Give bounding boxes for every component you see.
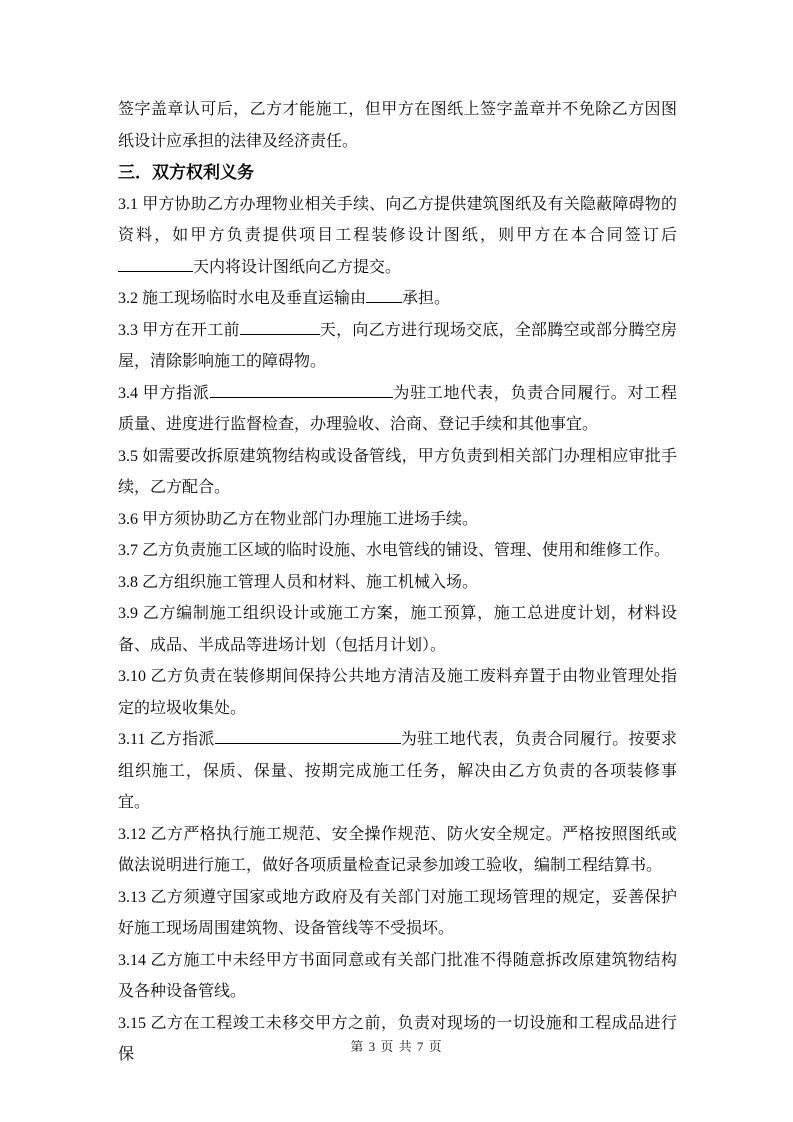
clause-3-1-text: 天内将设计图纸向乙方提交。 — [193, 259, 401, 276]
clause-3-10: 3.10 乙方负责在装修期间保持公共地方清洁及施工废料弃置于由物业管理处指定的垃… — [118, 661, 677, 724]
clause-3-1-text: 3.1 甲方协助乙方办理物业相关手续、向乙方提供建筑图纸及有关隐蔽障碍物的资料，… — [118, 196, 677, 245]
clause-3-7-text: 3.7 乙方负责施工区域的临时设施、水电管线的铺设、管理、使用和维修工作。 — [118, 542, 670, 559]
clause-3-13-text: 3.13 乙方须遵守国家或地方政府及有关部门对施工现场管理的规定，妥善保护好施工… — [118, 889, 677, 938]
clause-3-7: 3.7 乙方负责施工区域的临时设施、水电管线的铺设、管理、使用和维修工作。 — [118, 535, 677, 567]
clause-3-6: 3.6 甲方须协助乙方在物业部门办理施工进场手续。 — [118, 504, 677, 536]
clause-3-13: 3.13 乙方须遵守国家或地方政府及有关部门对施工现场管理的规定，妥善保护好施工… — [118, 882, 677, 945]
clause-3-10-text: 3.10 乙方负责在装修期间保持公共地方清洁及施工废料弃置于由物业管理处指定的垃… — [118, 668, 677, 717]
clause-3-4-blank-field — [210, 382, 393, 398]
clause-3-3: 3.3 甲方在开工前天，向乙方进行现场交底，全部腾空或部分腾空房屋，清除影响施工… — [118, 315, 677, 378]
clause-3-3-blank-field — [240, 319, 320, 335]
document-body: 签字盖章认可后，乙方才能施工，但甲方在图纸上签字盖章并不免除乙方因图纸设计应承担… — [118, 94, 677, 1071]
clause-3-14: 3.14 乙方施工中未经甲方书面同意或有关部门批准不得随意拆改原建筑物结构及各种… — [118, 945, 677, 1008]
clause-3-14-text: 3.14 乙方施工中未经甲方书面同意或有关部门批准不得随意拆改原建筑物结构及各种… — [118, 952, 677, 1001]
clause-3-9: 3.9 乙方编制施工组织设计或施工方案，施工预算，施工总进度计划，材料设备、成品… — [118, 598, 677, 661]
clause-3-6-text: 3.6 甲方须协助乙方在物业部门办理施工进场手续。 — [118, 511, 478, 528]
clause-3-1: 3.1 甲方协助乙方办理物业相关手续、向乙方提供建筑图纸及有关隐蔽障碍物的资料，… — [118, 189, 677, 284]
clause-3-2-blank-field — [366, 287, 402, 303]
contract-page: 签字盖章认可后，乙方才能施工，但甲方在图纸上签字盖章并不免除乙方因图纸设计应承担… — [0, 0, 793, 1122]
clause-3-8: 3.8 乙方组织施工管理人员和材料、施工机械入场。 — [118, 567, 677, 599]
clause-3-1-blank-field — [118, 256, 193, 272]
clause-3-4-text: 3.4 甲方指派 — [118, 385, 210, 402]
clause-3-11: 3.11 乙方指派为驻工地代表，负责合同履行。按要求组织施工，保质、保量、按期完… — [118, 724, 677, 819]
clause-3-2-text: 3.2 施工现场临时水电及垂直运输由 — [118, 290, 366, 307]
section-heading: 三．双方权利义务 — [118, 157, 677, 189]
clause-3-3-text: 3.3 甲方在开工前 — [118, 322, 240, 339]
clause-3-5-text: 3.5 如需要改拆原建筑物结构或设备管线，甲方负责到相关部门办理相应审批手续，乙… — [118, 448, 677, 497]
section-heading-text: 三．双方权利义务 — [118, 163, 254, 182]
clause-3-11-blank-field — [215, 728, 401, 744]
clause-3-2-text: 承担。 — [402, 290, 450, 307]
clause-3-2: 3.2 施工现场临时水电及垂直运输由承担。 — [118, 283, 677, 315]
clause-3-12: 3.12 乙方严格执行施工规范、安全操作规范、防火安全规定。严格按照图纸或做法说… — [118, 819, 677, 882]
clause-3-9-text: 3.9 乙方编制施工组织设计或施工方案，施工预算，施工总进度计划，材料设备、成品… — [118, 605, 677, 654]
clause-3-4: 3.4 甲方指派为驻工地代表，负责合同履行。对工程质量、进度进行监督检查，办理验… — [118, 378, 677, 441]
clause-3-12-text: 3.12 乙方严格执行施工规范、安全操作规范、防火安全规定。严格按照图纸或做法说… — [118, 826, 677, 875]
clause-3-5: 3.5 如需要改拆原建筑物结构或设备管线，甲方负责到相关部门办理相应审批手续，乙… — [118, 441, 677, 504]
clause-3-11-text: 3.11 乙方指派 — [118, 731, 215, 748]
paragraph-continuation-text: 签字盖章认可后，乙方才能施工，但甲方在图纸上签字盖章并不免除乙方因图纸设计应承担… — [118, 101, 677, 150]
clause-3-8-text: 3.8 乙方组织施工管理人员和材料、施工机械入场。 — [118, 574, 478, 591]
page-footer: 第 3 页 共 7 页 — [0, 1036, 793, 1055]
paragraph-continuation: 签字盖章认可后，乙方才能施工，但甲方在图纸上签字盖章并不免除乙方因图纸设计应承担… — [118, 94, 677, 157]
